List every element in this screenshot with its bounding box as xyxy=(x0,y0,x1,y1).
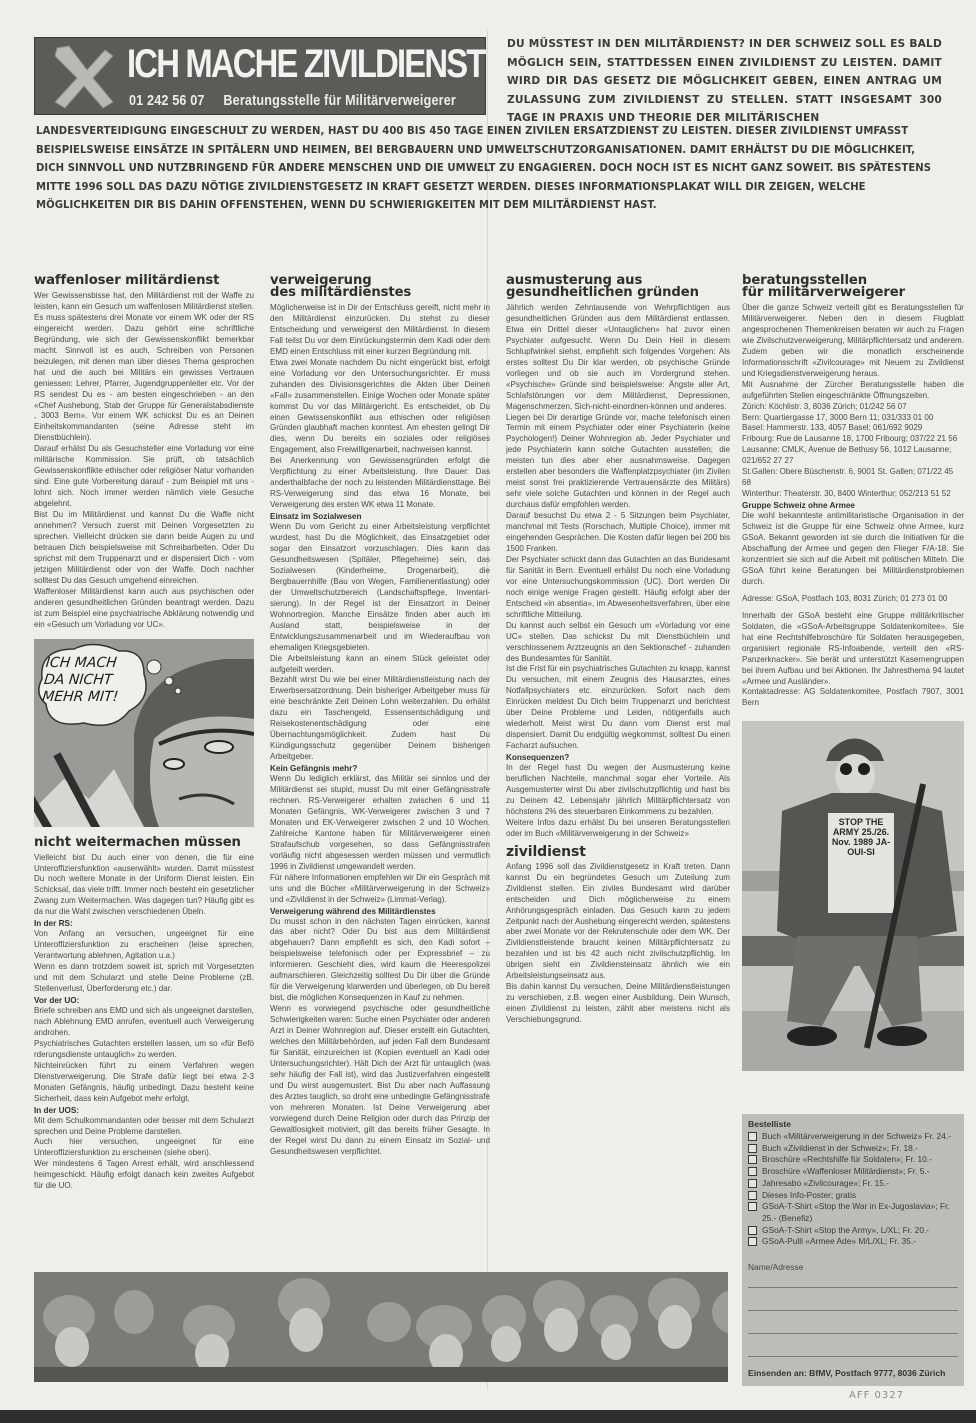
paragraph: Waffenloser Militärdienst kann auch aus … xyxy=(34,587,254,631)
order-title: Bestelliste xyxy=(748,1119,958,1129)
paragraph: Liegen bei Dir derartige Gründe vor, mac… xyxy=(506,413,730,512)
column-beratungsstellen: beratungsstellen für militärverweigerer … xyxy=(742,275,964,1081)
heading-zivildienst: zivildienst xyxy=(506,846,730,858)
paragraph: Mit dem Schulkommandanten oder besser mi… xyxy=(34,1116,254,1138)
address-lausanne: Lausanne: CMLK, Avenue de Bethusy 56, 10… xyxy=(742,445,964,467)
column-waffenloser: waffenloser militärdienst Wer Gewissensb… xyxy=(34,275,254,1192)
paragraph: In der Regel hast Du wegen der Ausmuster… xyxy=(506,763,730,818)
paragraph: Darauf besuchst Du etwa 2 - 5 Sitzungen … xyxy=(506,511,730,555)
header-banner: ICH MACHE ZIVILDIENST 01 242 56 07 Berat… xyxy=(34,37,486,115)
paragraph: Jährlich werden Zehntausende von Wehrpfl… xyxy=(506,303,730,413)
heading-verweigerung: verweigerung des militärdienstes xyxy=(270,275,490,299)
address-zurich: Zürich: Köchlistr. 3, 8036 Zürich; 01/24… xyxy=(742,402,964,413)
subheading: Vor der UO: xyxy=(34,995,254,1006)
paragraph: Wer mindestens 6 Tagen Arrest erhält, wi… xyxy=(34,1159,254,1192)
order-item[interactable]: GSoA-Pulli «Armee Ade» M/L/XL; Fr. 35.- xyxy=(748,1236,958,1248)
paragraph: Wenn es vorwiegend psychische oder gesun… xyxy=(270,1004,490,1157)
paragraph: Darauf erhälst Du als Gesuchsteller eine… xyxy=(34,444,254,510)
address-winterthur: Winterthur: Theaterstr. 30, 8400 Wintert… xyxy=(742,489,964,500)
organization-name: Beratungsstelle für Militärverweigerer xyxy=(223,92,456,109)
poster-title: ICH MACHE ZIVILDIENST xyxy=(127,42,485,86)
subheading: Verweigerung während des Militärdienstes xyxy=(270,906,490,917)
paragraph: Briefe schreiben ans EMD und sich als un… xyxy=(34,1006,254,1039)
order-item[interactable]: Jahresabo «Zivilcourage»; Fr. 15.- xyxy=(748,1178,958,1190)
order-item[interactable]: Broschüre «Waffenloser Militärdienst»; F… xyxy=(748,1166,958,1178)
paragraph: Du kannst auch selbst ein Gesuch um «Vor… xyxy=(506,621,730,665)
paragraph: Wenn es dann trotzdem soweit ist, sprich… xyxy=(34,962,254,995)
soldiers-photo xyxy=(34,1272,728,1382)
order-item-label: GSoA-Pulli «Armee Ade» M/L/XL; Fr. 35.- xyxy=(762,1236,916,1248)
heading-nicht-weitermachen: nicht weitermachen müssen xyxy=(34,837,254,849)
order-item[interactable]: GSoA-T-Shirt «Stop the War in Ex-Jugosla… xyxy=(748,1201,958,1224)
checkbox[interactable] xyxy=(748,1179,757,1188)
paragraph: Etwa zwei Monate nachdem Du nicht einger… xyxy=(270,358,490,457)
comic-illustration: ICH MACH DA NICHT MEHR MIT! xyxy=(34,639,254,827)
checkbox[interactable] xyxy=(748,1202,757,1211)
gsoa-address: Adresse: GSoA, Postfach 103, 8031 Zürich… xyxy=(742,594,964,605)
name-address-label: Name/Adresse xyxy=(748,1262,958,1272)
order-item-label: GSoA-T-Shirt «Stop the Army», L/XL; Fr. … xyxy=(762,1225,929,1237)
paragraph: Nichteinrücken führt zu einem Verfahren … xyxy=(34,1061,254,1105)
x-mark-icon xyxy=(51,44,117,110)
paragraph: Du musst schon in den nächsten Tagen ein… xyxy=(270,917,490,1005)
address-line-3[interactable] xyxy=(748,1333,958,1334)
order-item-label: Dieses Info-Poster; gratis xyxy=(762,1190,856,1202)
paragraph: Die Arbeitsleistung kann an einem Stück … xyxy=(270,654,490,676)
paragraph: Über die ganze Schweiz verteilt gibt es … xyxy=(742,303,964,380)
heading-beratungsstellen: beratungsstellen für militärverweigerer xyxy=(742,275,964,299)
order-form: Bestelliste Buch «Militärverweigerung in… xyxy=(742,1114,964,1386)
paragraph: Innerhalb der GSoA besteht eine Gruppe m… xyxy=(742,611,964,688)
photo-stop-the-army: STOP THE ARMY 25./26. Nov. 1989 JA-OUI-S… xyxy=(742,721,964,1071)
paragraph: Psychiatrisches Gutachten erstellen lass… xyxy=(34,1039,254,1061)
checkbox[interactable] xyxy=(748,1226,757,1235)
paragraph: Von Anfang an versuchen, ungeeignet für … xyxy=(34,929,254,962)
scan-edge xyxy=(0,1410,976,1423)
shirt-slogan: STOP THE ARMY 25./26. Nov. 1989 JA-OUI-S… xyxy=(830,817,892,857)
address-line-1[interactable] xyxy=(748,1287,958,1288)
soldier-photo-icon xyxy=(742,721,964,1071)
paragraph: Für nähere Informationen empfehlen wir D… xyxy=(270,873,490,906)
order-item-label: GSoA-T-Shirt «Stop the War in Ex-Jugosla… xyxy=(762,1201,958,1224)
paragraph: Auch hier versuchen, ungeeignet für eine… xyxy=(34,1137,254,1159)
phone-number: 01 242 56 07 xyxy=(129,92,205,109)
paragraph: Bist Du im Militärdienst und kannst Du d… xyxy=(34,510,254,587)
order-item[interactable]: Broschüre «Rechtshilfe für Soldaten»; Fr… xyxy=(748,1154,958,1166)
address-line-4[interactable] xyxy=(748,1356,958,1357)
order-item-label: Buch «Zivildienst in der Schweiz»; Fr. 1… xyxy=(762,1143,918,1155)
order-item[interactable]: Dieses Info-Poster; gratis xyxy=(748,1190,958,1202)
subheading: Kein Gefängnis mehr? xyxy=(270,763,490,774)
column-verweigerung: verweigerung des militärdienstes Möglich… xyxy=(270,275,490,1157)
paragraph: Bis dahin kannst Du versuchen, Deine Mil… xyxy=(506,982,730,1026)
archive-code: AFF 0327 xyxy=(849,1390,904,1401)
paragraph: Wer Gewissensbisse hat, den Militärdiens… xyxy=(34,291,254,444)
order-item-label: Jahresabo «Zivilcourage»; Fr. 15.- xyxy=(762,1178,889,1190)
order-item-label: Broschüre «Waffenloser Militärdienst»; F… xyxy=(762,1166,930,1178)
paragraph: Der Psychiater schickt dann das Gutachte… xyxy=(506,555,730,621)
soldiers-group-icon xyxy=(34,1272,728,1382)
paragraph: Mit Ausnahme der Zürcher Beratungsstelle… xyxy=(742,380,964,402)
checkbox[interactable] xyxy=(748,1167,757,1176)
speech-bubble-text: ICH MACH DA NICHT MEHR MIT! xyxy=(41,655,136,706)
intro-text-right: DU MÜSSTEST IN DEN MILITÄRDIENST? IN DER… xyxy=(507,35,942,128)
checkbox[interactable] xyxy=(748,1155,757,1164)
paragraph: Bezahlt wirst Du wie bei einer Militärdi… xyxy=(270,675,490,763)
paragraph: Bei Anerkennung von Gewissensgründen erf… xyxy=(270,456,490,511)
subheading: Einsatz im Sozialwesen xyxy=(270,511,490,522)
order-item[interactable]: Buch «Militärverweigerung in der Schweiz… xyxy=(748,1131,958,1143)
paragraph: Vielleicht bist Du auch einer von denen,… xyxy=(34,853,254,919)
checkbox[interactable] xyxy=(748,1132,757,1141)
checkbox[interactable] xyxy=(748,1191,757,1200)
checkbox[interactable] xyxy=(748,1144,757,1153)
paragraph: Wenn Du lediglich erklärst, das Militär … xyxy=(270,774,490,873)
intro-text-full: LANDESVERTEIDIGUNG EINGESCHULT ZU WERDEN… xyxy=(36,122,946,215)
poster: ICH MACHE ZIVILDIENST 01 242 56 07 Berat… xyxy=(0,0,976,1410)
order-item[interactable]: GSoA-T-Shirt «Stop the Army», L/XL; Fr. … xyxy=(748,1225,958,1237)
header-subline: 01 242 56 07 Beratungsstelle für Militär… xyxy=(129,92,456,109)
paragraph: Weitere Infos dazu erhälst Du bei unsere… xyxy=(506,818,730,840)
address-stgallen: St.Gallen: Obere Büschenstr. 6, 9001 St.… xyxy=(742,467,964,489)
address-basel: Basel: Hammerstr. 133, 4057 Basel; 061/6… xyxy=(742,423,964,434)
address-fribourg: Fribourg: Rue de Lausanne 18, 1700 Fribo… xyxy=(742,434,964,445)
heading-line: gesundheitlichen gründen xyxy=(506,287,730,299)
paragraph: Anfang 1996 soll das Zivildienstgesetz i… xyxy=(506,862,730,982)
paragraph: Möglicherweise ist in Dir der Entschluss… xyxy=(270,303,490,358)
paragraph: Wenn Du vom Gericht zu einer Arbeitsleis… xyxy=(270,522,490,653)
order-item-label: Broschüre «Rechtshilfe für Soldaten»; Fr… xyxy=(762,1154,932,1166)
subheading: In der RS: xyxy=(34,918,254,929)
heading-line: des militärdienstes xyxy=(270,287,490,299)
heading-line: für militärverweigerer xyxy=(742,287,964,299)
contact-address: Kontaktadresse: AG Soldatenkomitee, Post… xyxy=(742,687,964,709)
subheading: Gruppe Schweiz ohne Armee xyxy=(742,500,964,511)
heading-waffenloser: waffenloser militärdienst xyxy=(34,275,254,287)
heading-ausmusterung: ausmusterung aus gesundheitlichen gründe… xyxy=(506,275,730,299)
paragraph: Ist die Frist für ein psychiatrisches Gu… xyxy=(506,664,730,752)
subheading: Konsequenzen? xyxy=(506,752,730,763)
address-line-2[interactable] xyxy=(748,1310,958,1311)
address-bern: Bern: Quartiergasse 17, 3000 Bern 11; 03… xyxy=(742,413,964,424)
checkbox[interactable] xyxy=(748,1237,757,1246)
order-item-label: Buch «Militärverweigerung in der Schweiz… xyxy=(762,1131,951,1143)
column-ausmusterung: ausmusterung aus gesundheitlichen gründe… xyxy=(506,275,730,1026)
subheading: In der UOS: xyxy=(34,1105,254,1116)
paragraph: Die wohl bekannteste antimilitaristische… xyxy=(742,511,964,588)
send-to-address: Einsenden an: BfMV, Postfach 9777, 8036 … xyxy=(748,1368,945,1378)
order-item[interactable]: Buch «Zivildienst in der Schweiz»; Fr. 1… xyxy=(748,1143,958,1155)
